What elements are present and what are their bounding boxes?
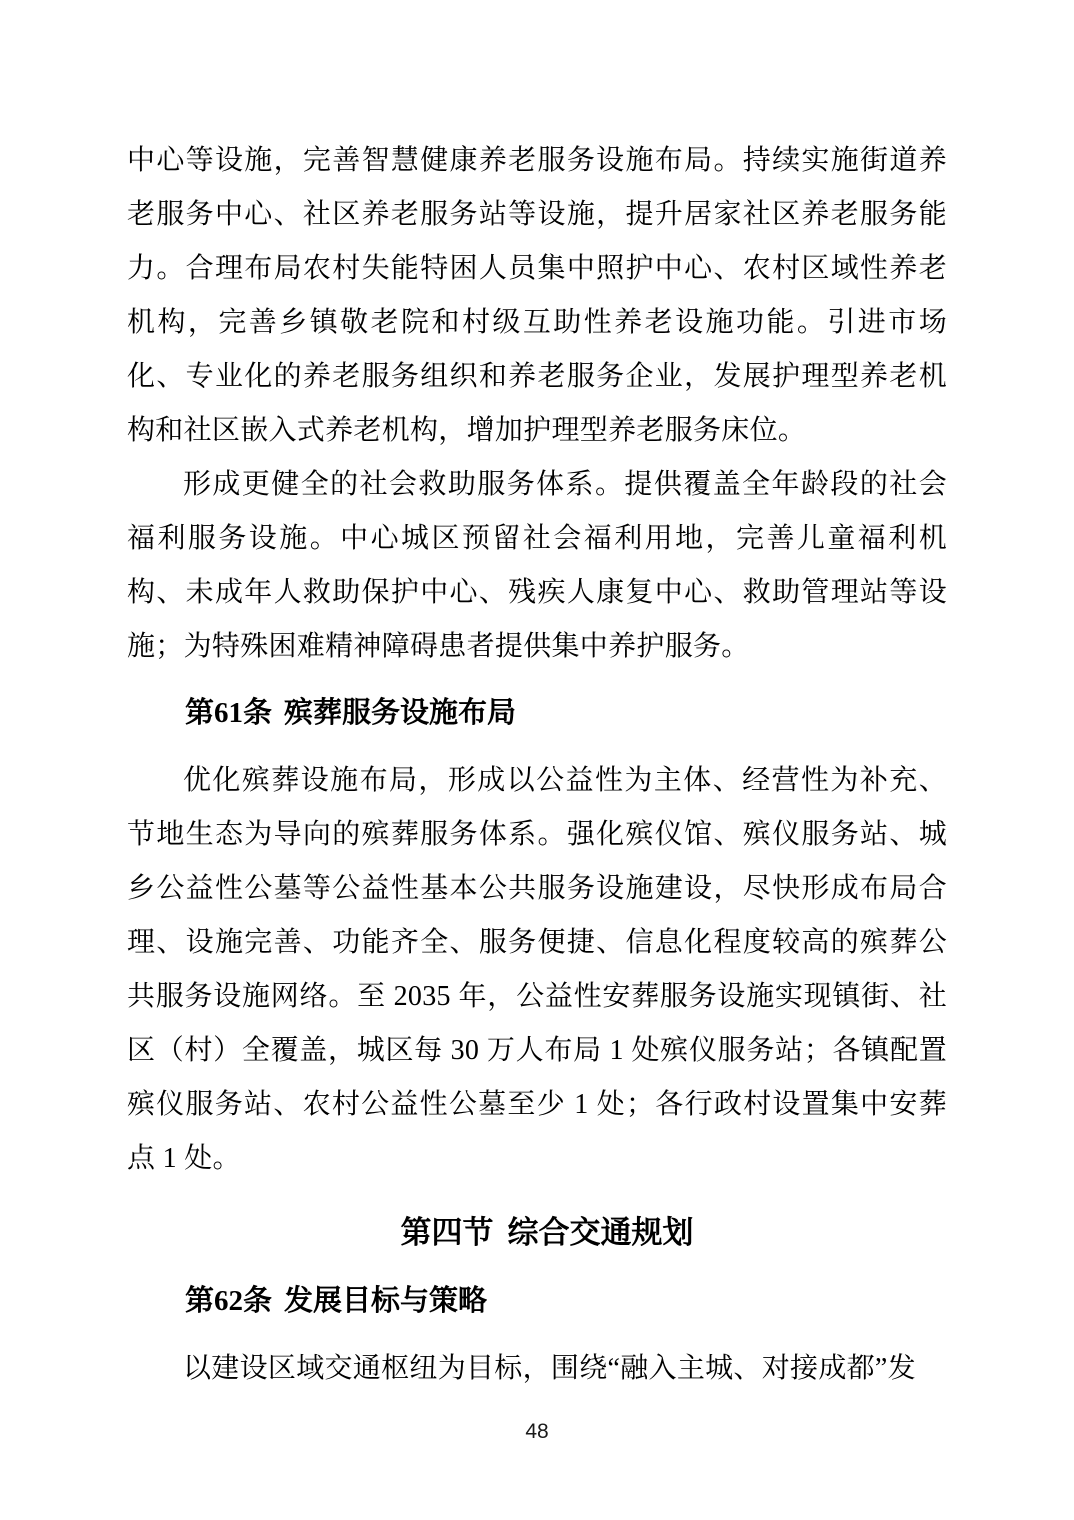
- page-content: 中心等设施，完善智慧健康养老服务设施布局。持续实施街道养老服务中心、社区养老服务…: [127, 134, 947, 1396]
- article-62-title: 发展目标与策略: [284, 1285, 487, 1317]
- section-4-heading: 第四节综合交通规划: [127, 1206, 947, 1260]
- article-61-title: 殡葬服务设施布局: [284, 697, 516, 729]
- section-4-title: 综合交通规划: [508, 1215, 694, 1250]
- article-62-number: 第62条: [185, 1285, 272, 1317]
- page-number: 48: [0, 1420, 1074, 1444]
- section-4-number: 第四节: [401, 1215, 494, 1250]
- paragraph-social-assistance: 形成更健全的社会救助服务体系。提供覆盖全年龄段的社会福利服务设施。中心城区预留社…: [127, 458, 947, 674]
- article-61-number: 第61条: [185, 697, 272, 729]
- paragraph-transport-goal: 以建设区域交通枢纽为目标，围绕“融入主城、对接成都”发: [127, 1342, 947, 1396]
- article-62-heading: 第62条发展目标与策略: [127, 1274, 947, 1328]
- paragraph-elderly-care-facilities: 中心等设施，完善智慧健康养老服务设施布局。持续实施街道养老服务中心、社区养老服务…: [127, 134, 947, 458]
- paragraph-funeral-facilities: 优化殡葬设施布局，形成以公益性为主体、经营性为补充、节地生态为导向的殡葬服务体系…: [127, 754, 947, 1186]
- document-page: 中心等设施，完善智慧健康养老服务设施布局。持续实施街道养老服务中心、社区养老服务…: [0, 0, 1074, 1520]
- article-61-heading: 第61条殡葬服务设施布局: [127, 686, 947, 740]
